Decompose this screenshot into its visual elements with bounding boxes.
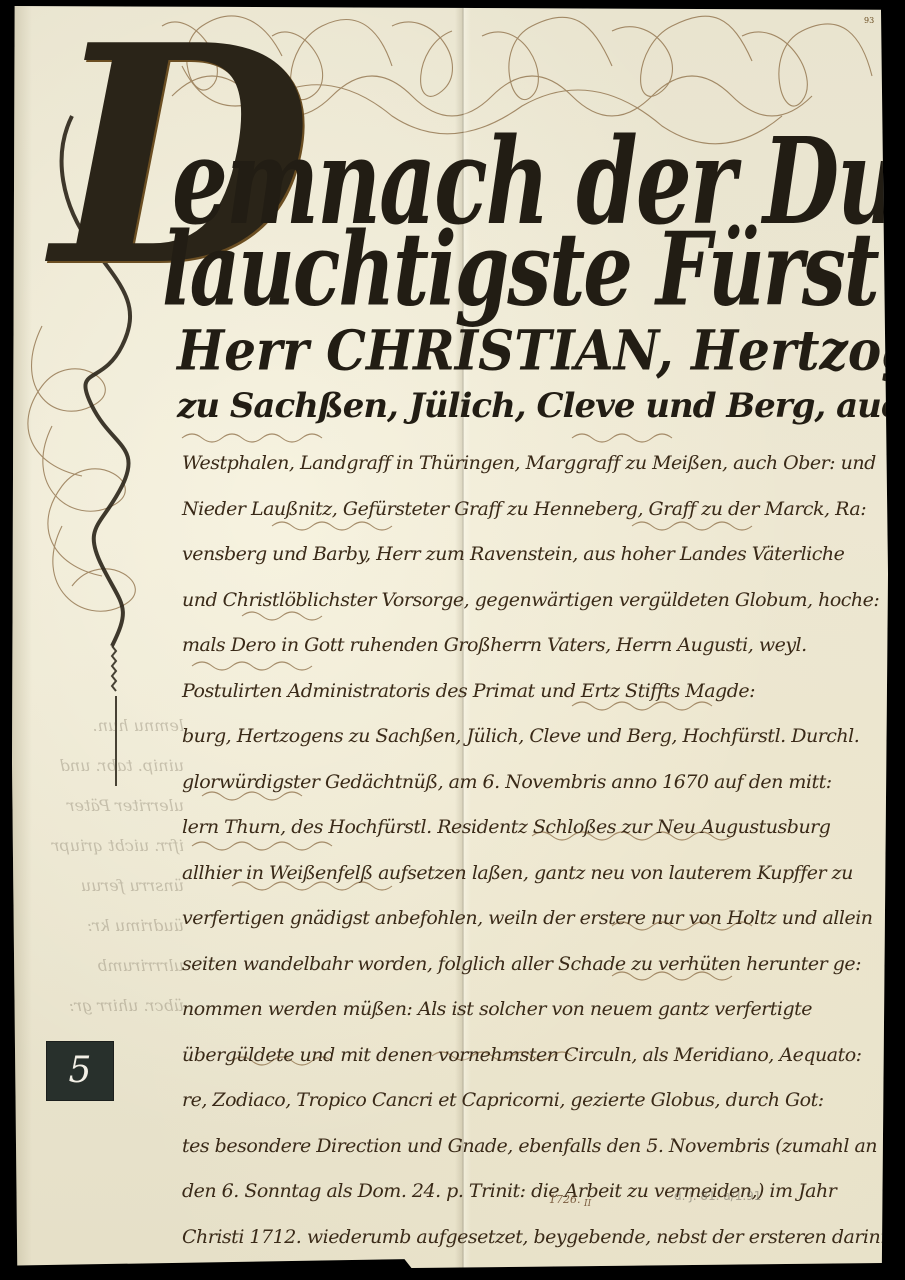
- body-line: allhier in Weißenfelß aufsetzen laßen, g…: [182, 851, 872, 897]
- body-line: seiten wandelbahr worden, folglich aller…: [182, 942, 872, 988]
- body-line: Nieder Laußnitz, Gefürsteter Graff zu He…: [182, 487, 872, 533]
- archive-number-badge: 5: [47, 1042, 113, 1100]
- year-sub: II: [584, 1198, 591, 1209]
- bleed-line: lemnu hun.: [34, 706, 184, 746]
- bleed-line: ulerriter Päter: [34, 786, 184, 826]
- year-note: 1726.: [549, 1193, 581, 1206]
- bleed-line: ifrr. uicbt qriupr: [34, 826, 184, 866]
- illuminated-initial: D: [52, 26, 172, 326]
- body-line: nommen werden müßen: Als ist solcher von…: [182, 987, 872, 1033]
- body-line: den 6. Sonntag als Dom. 24. p. Trinit: d…: [182, 1169, 872, 1215]
- pencil-shelfmark: d. J. 81. a/1.91: [674, 1189, 761, 1203]
- page-edge-shadow: [12, 6, 32, 1268]
- folio-number: 93: [864, 16, 874, 25]
- body-line: verfertigen gnädigst anbefohlen, weiln d…: [182, 896, 872, 942]
- body-line: Christi 1712. wiederumb aufgesetzet, bey…: [182, 1215, 872, 1261]
- bleed-line: übcr. uhirr gr:: [34, 986, 184, 1026]
- heading-line-4: zu Sachßen, Jülich, Cleve und Berg, auch…: [177, 386, 905, 426]
- body-line: lern Thurn, des Hochfürstl. Residentz Sc…: [182, 805, 872, 851]
- year-annotation: 1726. II: [549, 1193, 591, 1209]
- body-line: Postulirten Administratoris des Primat u…: [182, 669, 872, 715]
- heading-line-2: lauchtigste Fürst und Herr,: [162, 211, 905, 329]
- body-line: glorwürdigster Gedächtnüß, am 6. Novembr…: [182, 760, 872, 806]
- body-line: Westphalen, Landgraff in Thüringen, Marg…: [182, 441, 872, 487]
- bleed-line: uinip. tabr. und: [34, 746, 184, 786]
- bleed-line: ulrrrirumb: [34, 946, 184, 986]
- body-line: übergüldete und mit denen vornehmsten Ci…: [182, 1033, 872, 1079]
- parchment-page: D emnach der Durch lauchtigste Fürst und…: [12, 6, 888, 1268]
- body-line: vensberg und Barby, Herr zum Ravenstein,…: [182, 532, 872, 578]
- heading-line-3: Herr CHRISTIAN, Hertzog: [177, 318, 905, 383]
- body-line: und Christlöblichster Vorsorge, gegenwär…: [182, 578, 872, 624]
- body-line: mals Dero in Gott ruhenden Großherrn Vat…: [182, 623, 872, 669]
- bleed-line: ünsrru feruu: [34, 866, 184, 906]
- bleed-line: üudrimu kr:: [34, 906, 184, 946]
- bleed-through-text: lemnu hun. uinip. tabr. und ulerriter Pä…: [34, 706, 184, 1026]
- body-line: re, Zodiaco, Tropico Cancri et Capricorn…: [182, 1078, 872, 1124]
- manuscript-body: Westphalen, Landgraff in Thüringen, Marg…: [182, 441, 872, 1260]
- body-line: burg, Hertzogens zu Sachßen, Jülich, Cle…: [182, 714, 872, 760]
- body-line: tes besondere Direction und Gnade, ebenf…: [182, 1124, 872, 1170]
